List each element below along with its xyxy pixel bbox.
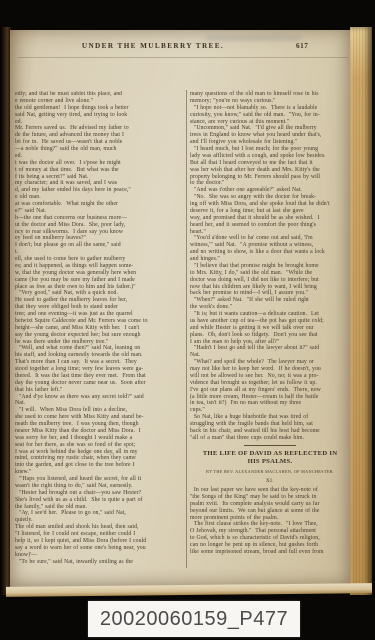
- article-byline: BY THE REV. ALEXANDER MACLAREN, OF MANCH…: [190, 469, 350, 474]
- archive-label: 20020060159_P477: [88, 601, 300, 637]
- page-number: 617: [296, 42, 308, 50]
- running-head: UNDER THE MULBERRY TREE.: [18, 42, 288, 50]
- right-column: many questions of the old man to himself…: [190, 91, 350, 556]
- article-title: THE LIFE OF DAVID AS REFLECTED IN HIS PS…: [190, 450, 350, 466]
- column-divider: [186, 90, 187, 568]
- article-section: THE LIFE OF DAVID AS REFLECTED IN HIS PS…: [190, 445, 350, 556]
- article-section-number: XI.: [190, 478, 350, 484]
- section-divider-rule: [244, 445, 296, 446]
- left-column-text: edly; and that he must sublet this place…: [15, 91, 182, 565]
- ink-bleed-mark: [206, 35, 302, 41]
- photo-background: UNDER THE MULBERRY TREE. 617 edly; and t…: [0, 0, 375, 640]
- book-page: UNDER THE MULBERRY TREE. 617 edly; and t…: [10, 30, 350, 590]
- right-column-text: many questions of the old man to himself…: [190, 91, 350, 442]
- header-rule: [18, 57, 348, 58]
- archive-label-text: 20020060159_P477: [100, 608, 288, 631]
- article-body-text: In our last paper we have seen that the …: [190, 487, 350, 556]
- book-fore-edge: [350, 27, 372, 595]
